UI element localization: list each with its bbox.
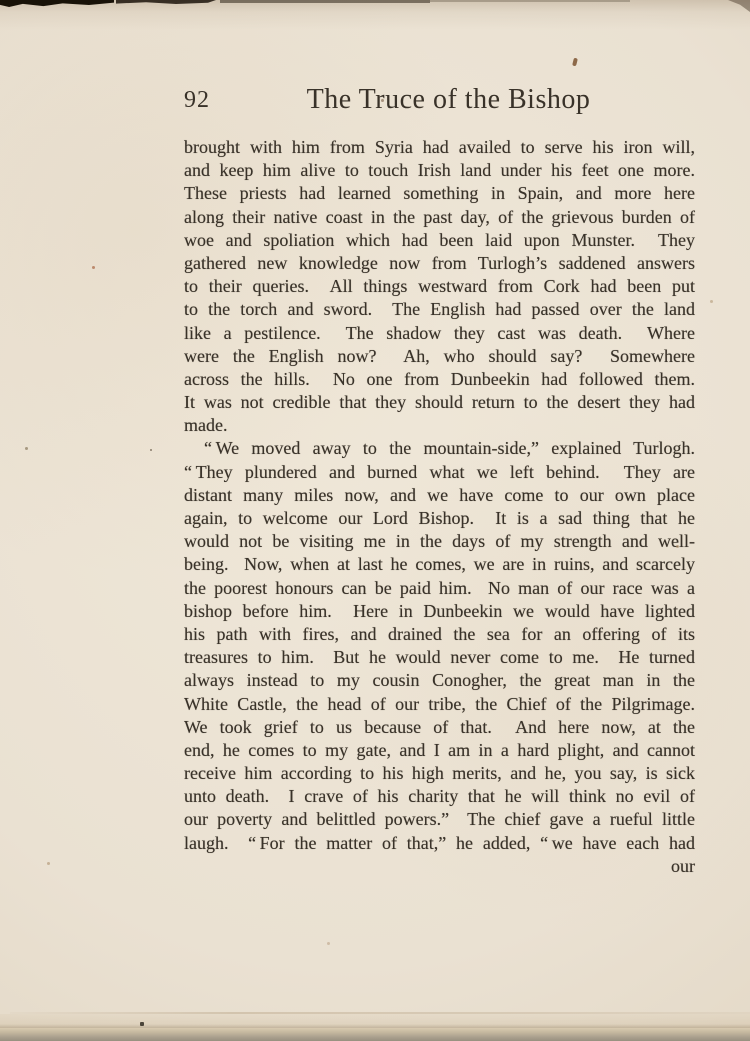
text-line: and keep him alive to touch Irish land u…	[184, 159, 695, 182]
text-line: gathered new knowledge now from Turlogh’…	[184, 252, 695, 275]
text-line: the poorest honours can be paid him. No …	[184, 577, 695, 600]
text-line: White Castle, the head of our tribe, the…	[184, 693, 695, 716]
text-line: end, he comes to my gate, and I am in a …	[184, 739, 695, 762]
paper-speck	[25, 447, 28, 450]
text-line: along their native coast in the past day…	[184, 206, 695, 229]
text-line: would not be visiting me in the days of …	[184, 530, 695, 553]
catchword: our	[184, 855, 695, 878]
text-line: bishop before him. Here in Dunbeekin we …	[184, 600, 695, 623]
text-line: “ They plundered and burned what we left…	[184, 461, 695, 484]
text-line: across the hills. No one from Dunbeekin …	[184, 368, 695, 391]
text-line: brought with him from Syria had availed …	[184, 136, 695, 159]
paper-speck	[150, 449, 152, 451]
paper-speck	[140, 1022, 144, 1026]
scanned-book-page: 92 The Truce of the Bishop brought with …	[0, 0, 750, 1041]
paper-speck	[47, 862, 50, 865]
text-line: It was not credible that they should ret…	[184, 391, 695, 414]
text-line: distant many miles now, and we have come…	[184, 484, 695, 507]
text-line: again, to welcome our Lord Bishop. It is…	[184, 507, 695, 530]
paper-speck	[572, 58, 578, 67]
text-line: woe and spoliation which had been laid u…	[184, 229, 695, 252]
running-title: The Truce of the Bishop	[184, 84, 695, 116]
paper-speck	[327, 942, 330, 945]
next-page-edge-strip	[0, 1028, 750, 1041]
text-line: like a pestilence. The shadow they cast …	[184, 322, 695, 345]
text-line: made.	[184, 414, 695, 437]
text-line: to the torch and sword. The English had …	[184, 298, 695, 321]
text-line: unto death. I crave of his charity that …	[184, 785, 695, 808]
text-line: our poverty and belittled powers.” The c…	[184, 808, 695, 831]
text-line: “ We moved away to the mountain-side,” e…	[184, 437, 695, 460]
paper-speck	[676, 545, 679, 548]
page-top-edge	[0, 0, 114, 7]
page-header: 92 The Truce of the Bishop	[184, 84, 695, 116]
text-line: receive him according to his high merits…	[184, 762, 695, 785]
text-line: We took grief to us because of that. And…	[184, 716, 695, 739]
text-line: These priests had learned something in S…	[184, 182, 695, 205]
text-block: brought with him from Syria had availed …	[184, 136, 695, 878]
text-line: always instead to my cousin Conogher, th…	[184, 669, 695, 692]
paper-speck	[710, 300, 713, 303]
page-top-edge	[116, 0, 216, 4]
paragraph: brought with him from Syria had availed …	[184, 136, 695, 437]
page-top-edge	[430, 0, 630, 2]
paragraph: “ We moved away to the mountain-side,” e…	[184, 437, 695, 854]
text-line: his path with fires, and drained the sea…	[184, 623, 695, 646]
page-top-corner-shadow	[728, 0, 750, 12]
text-line: to their queries. All things westward fr…	[184, 275, 695, 298]
paper-speck	[92, 266, 95, 269]
page-top-edge	[220, 0, 430, 3]
text-line: treasures to him. But he would never com…	[184, 646, 695, 669]
paper-speck	[381, 99, 384, 102]
text-line: were the English now? Ah, who should say…	[184, 345, 695, 368]
text-line: laugh. “ For the matter of that,” he add…	[184, 832, 695, 855]
text-line: being. Now, when at last he comes, we ar…	[184, 553, 695, 576]
